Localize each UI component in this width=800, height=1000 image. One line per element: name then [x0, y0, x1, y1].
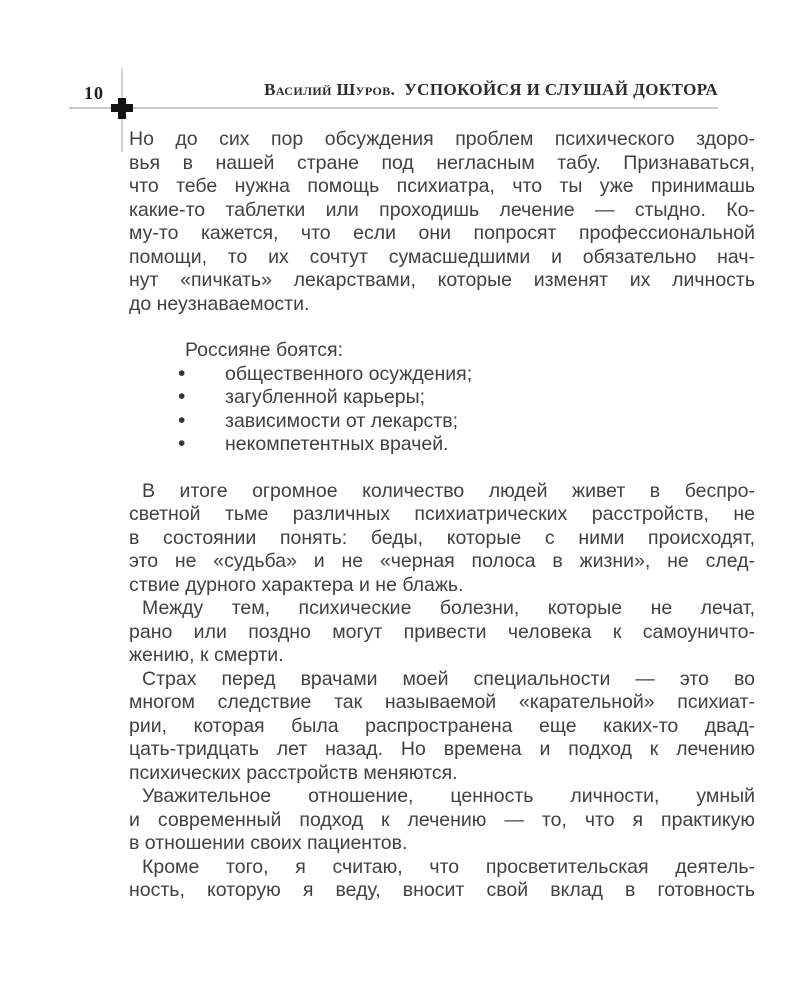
text-line: это не «судьба» и не «черная полоса в жи…	[129, 550, 755, 574]
text-line: Между тем, психические болезни, которые …	[129, 597, 755, 621]
list-item-text: некомпетентных врачей.	[225, 433, 449, 455]
text-line: многом следствие так называемой «карател…	[129, 691, 755, 715]
text-line: рано или поздно могут привести человека …	[129, 621, 755, 645]
text-line: светной тьме различных психиатрических р…	[129, 503, 755, 527]
text-line: помощи, то их сочтут сумасшедшими и обяз…	[129, 246, 755, 270]
text-line: жению, к смерти.	[129, 644, 755, 668]
running-header: Василий Шуров.УСПОКОЙСЯ И СЛУШАЙ ДОКТОРА	[264, 81, 718, 98]
text-line: вья в нашей стране под негласным табу. П…	[129, 152, 755, 176]
text-line: Страх перед врачами моей специальности —…	[129, 668, 755, 692]
paragraph: Между тем, психические болезни, которые …	[129, 597, 755, 668]
text-line: что тебе нужна помощь психиатра, что ты …	[129, 175, 755, 199]
bullet-icon: •	[178, 432, 185, 456]
bullet-icon: •	[178, 409, 185, 433]
text-line: Но до сих пор обсуждения проблем психиче…	[129, 128, 755, 152]
text-line: В итоге огромное количество людей живет …	[129, 480, 755, 504]
text-line: рии, которая была распространена еще как…	[129, 715, 755, 739]
text-line: до неузнаваемости.	[129, 293, 755, 317]
bullet-icon: •	[178, 385, 185, 409]
bullet-list: Россияне боятся:•общественного осуждения…	[129, 339, 755, 457]
paragraph: Страх перед врачами моей специальности —…	[129, 668, 755, 786]
running-header-book-title: УСПОКОЙСЯ И СЛУШАЙ ДОКТОРА	[404, 80, 718, 99]
text-line: какие-то таблетки или проходишь лечение …	[129, 199, 755, 223]
registration-cross-icon	[111, 98, 133, 119]
running-header-author: Василий Шуров.	[264, 80, 395, 99]
header-rule	[69, 107, 718, 109]
list-intro: Россияне боятся:	[129, 339, 755, 363]
bullet-icon: •	[178, 362, 185, 386]
list-item-text: зависимости от лекарств;	[225, 410, 458, 432]
paragraph: В итоге огромное количество людей живет …	[129, 480, 755, 598]
book-page: 10 Василий Шуров.УСПОКОЙСЯ И СЛУШАЙ ДОКТ…	[0, 0, 800, 1000]
paragraph: Но до сих пор обсуждения проблем психиче…	[129, 128, 755, 316]
list-item: •общественного осуждения;	[129, 363, 755, 387]
text-line: в отношении своих пациентов.	[129, 832, 755, 856]
list-item-text: общественного осуждения;	[225, 363, 472, 385]
paragraph: Кроме того, я считаю, что просветительск…	[129, 856, 755, 903]
list-item: •загубленной карьеры;	[129, 386, 755, 410]
page-number: 10	[84, 84, 104, 102]
text-line: Кроме того, я считаю, что просветительск…	[129, 856, 755, 880]
list-item: •зависимости от лекарств;	[129, 410, 755, 434]
text-line: ствие дурного характера и не блажь.	[129, 574, 755, 598]
text-line: нут «пичкать» лекарствами, которые измен…	[129, 269, 755, 293]
text-line: в состоянии понять: беды, которые с ними…	[129, 527, 755, 551]
paragraph: Уважительное отношение, ценность личност…	[129, 785, 755, 856]
text-line: и современный подход к лечению — то, что…	[129, 809, 755, 833]
list-item-text: загубленной карьеры;	[225, 386, 425, 408]
text-line: Уважительное отношение, ценность личност…	[129, 785, 755, 809]
list-item: •некомпетентных врачей.	[129, 433, 755, 457]
text-line: психических расстройств меняются.	[129, 762, 755, 786]
text-line: ность, которую я веду, вносит свой вклад…	[129, 879, 755, 903]
page-body: Но до сих пор обсуждения проблем психиче…	[129, 128, 755, 903]
text-line: цать-тридцать лет назад. Но времена и по…	[129, 738, 755, 762]
cross-vertical-bar	[118, 98, 126, 119]
text-line: му-то кажется, что если они попросят про…	[129, 222, 755, 246]
